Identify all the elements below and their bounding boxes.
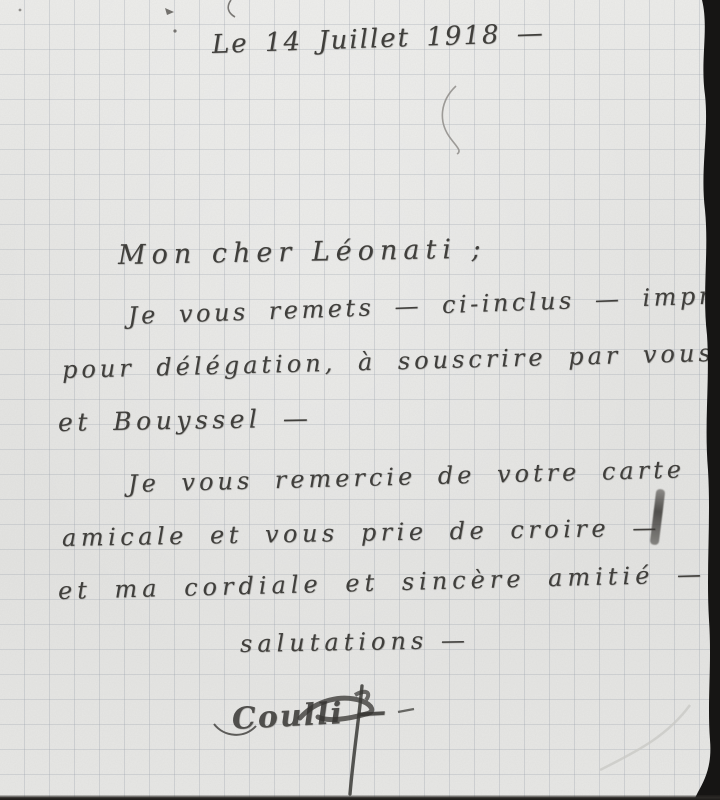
body-line: et Bouyssel — — [58, 404, 313, 437]
scan-edge-right — [694, 0, 720, 800]
salutation-line: Mon cher Léonati ; — [118, 234, 487, 271]
scan-edge-bottom — [0, 795, 720, 800]
closing-line: salutations — — [240, 626, 470, 658]
quadrille-grid — [0, 0, 720, 800]
scanned-letter-page: Le 14 Juillet 1918 — Mon cher Léonati ; … — [0, 0, 720, 800]
